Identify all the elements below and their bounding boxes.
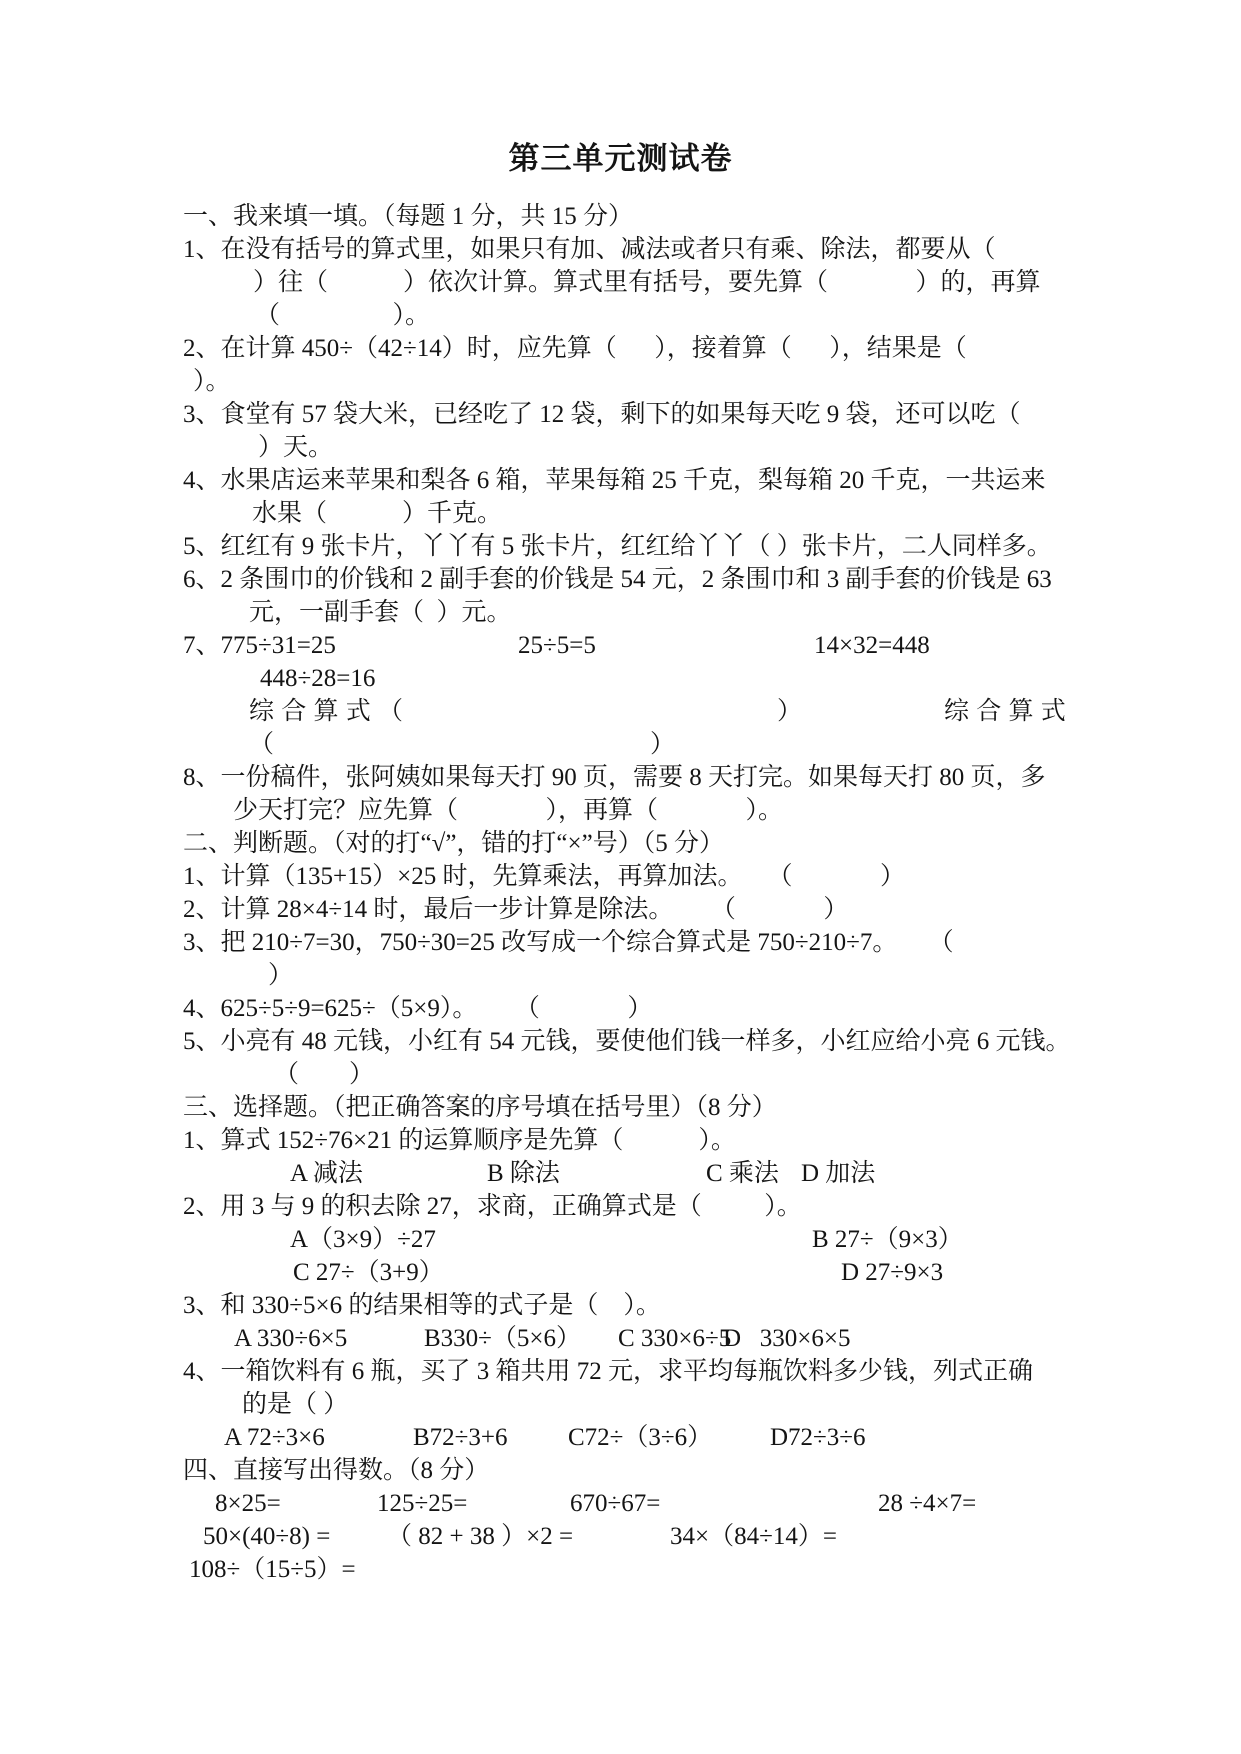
- s4-row3: 108÷（15÷5）=: [183, 1553, 1123, 1586]
- option-b: B 除法: [487, 1157, 560, 1190]
- s1-q3-line2: ）天。: [183, 431, 1123, 464]
- document-body: 一、我来填一填。（每题 1 分，共 15 分） 1、在没有括号的算式里，如果只有…: [0, 200, 1123, 1586]
- option-b: B330÷（5×6）: [424, 1322, 581, 1355]
- composite-expression-label: 综 合 算 式 （: [249, 695, 404, 728]
- s1-q1-line2: ）往（ ）依次计算。算式里有括号，要先算（ ）的，再算: [183, 266, 1123, 299]
- s1-q8-line1: 8、一份稿件，张阿姨如果每天打 90 页，需要 8 天打完。如果每天打 80 页…: [183, 761, 1123, 794]
- s3-q2-options-row1: A（3×9）÷27 B 27÷（9×3）: [183, 1223, 1123, 1256]
- s1-q5: 5、红红有 9 张卡片，丫丫有 5 张卡片，红红给丫丫（ ）张卡片，二人同样多。: [183, 530, 1123, 563]
- close-paren: ）: [650, 728, 675, 761]
- equation-3: 14×32=448: [814, 629, 930, 662]
- s2-q3-line2: ）: [183, 959, 1123, 992]
- expression: 8×25=: [215, 1487, 281, 1520]
- s1-q7-equation-4: 448÷28=16: [183, 662, 1123, 695]
- s1-q6-line2: 元，一副手套（ ）元。: [183, 596, 1123, 629]
- close-paren: ）: [777, 695, 802, 728]
- s1-q7-composite-row2: （ ）: [183, 728, 1123, 761]
- option-d: D 27÷9×3: [841, 1256, 943, 1289]
- s3-q2-options-row2: C 27÷（3+9） D 27÷9×3: [183, 1256, 1123, 1289]
- option-b: B72÷3+6: [413, 1421, 508, 1454]
- s3-q1: 1、算式 152÷76×21 的运算顺序是先算（ ）。: [183, 1124, 1123, 1157]
- option-a: A（3×9）÷27: [290, 1223, 436, 1256]
- expression: 108÷（15÷5）=: [189, 1553, 356, 1586]
- s1-q8-line2: 少天打完？应先算（ ），再算（ ）。: [183, 794, 1123, 827]
- s2-q4: 4、625÷5÷9=625÷（5×9）。 （ ）: [183, 992, 1123, 1025]
- s1-q7-composite-row1: 综 合 算 式 （ ） 综 合 算 式: [183, 695, 1123, 728]
- s1-q2-line1: 2、在计算 450÷（42÷14）时，应先算（ ），接着算（ ），结果是（: [183, 332, 1123, 365]
- page-title: 第三单元测试卷: [0, 0, 1241, 178]
- section3-header: 三、选择题。（把正确答案的序号填在括号里）（8 分）: [183, 1091, 1123, 1124]
- s3-q3-options: A 330÷6×5 B330÷（5×6） C 330×6÷5 D 330×6×5: [183, 1322, 1123, 1355]
- expression: 125÷25=: [377, 1487, 467, 1520]
- option-a: A 减法: [290, 1157, 363, 1190]
- option-a: A 72÷3×6: [224, 1421, 325, 1454]
- s1-q4-line2: 水果（ ）千克。: [183, 497, 1123, 530]
- option-d: D 330×6×5: [723, 1322, 851, 1355]
- s3-q4-line1: 4、一箱饮料有 6 瓶，买了 3 箱共用 72 元，求平均每瓶饮料多少钱，列式正…: [183, 1355, 1123, 1388]
- s1-q1-line3: （ ）。: [183, 299, 1123, 332]
- s1-q6-line1: 6、2 条围巾的价钱和 2 副手套的价钱是 54 元，2 条围巾和 3 副手套的…: [183, 563, 1123, 596]
- option-b: B 27÷（9×3）: [812, 1223, 963, 1256]
- option-d: D 加法: [801, 1157, 875, 1190]
- s1-q3-line1: 3、食堂有 57 袋大米，已经吃了 12 袋，剩下的如果每天吃 9 袋，还可以吃…: [183, 398, 1123, 431]
- s1-q2-line2: ）。: [183, 365, 1123, 398]
- option-c: C 乘法: [706, 1157, 779, 1190]
- s1-q7-equation-row: 7、775÷31=25 25÷5=5 14×32=448: [183, 629, 1123, 662]
- expression: 670÷67=: [570, 1487, 660, 1520]
- s2-q5-line1: 5、小亮有 48 元钱，小红有 54 元钱，要使他们钱一样多，小红应给小亮 6 …: [183, 1025, 1123, 1058]
- equation-2: 25÷5=5: [518, 629, 596, 662]
- s3-q2: 2、用 3 与 9 的积去除 27，求商，正确算式是（ ）。: [183, 1190, 1123, 1223]
- s1-q4-line1: 4、水果店运来苹果和梨各 6 箱，苹果每箱 25 千克，梨每箱 20 千克，一共…: [183, 464, 1123, 497]
- s3-q4-line2: 的是（ ）: [183, 1388, 1123, 1421]
- option-c: C 330×6÷5: [618, 1322, 731, 1355]
- s3-q3: 3、和 330÷5×6 的结果相等的式子是（ ）。: [183, 1289, 1123, 1322]
- option-d: D72÷3÷6: [770, 1421, 866, 1454]
- section1-header: 一、我来填一填。（每题 1 分，共 15 分）: [183, 200, 1123, 233]
- composite-expression-label: 综 合 算 式: [944, 695, 1066, 728]
- document-page: 第三单元测试卷 一、我来填一填。（每题 1 分，共 15 分） 1、在没有括号的…: [0, 0, 1241, 1754]
- option-c: C72÷（3÷6）: [568, 1421, 712, 1454]
- expression: 50×(40÷8) =: [203, 1520, 330, 1553]
- equation-1: 7、775÷31=25: [183, 629, 336, 662]
- expression: 34×（84÷14）=: [670, 1520, 837, 1553]
- s2-q3-line1: 3、把 210÷7=30，750÷30=25 改写成一个综合算式是 750÷21…: [183, 926, 1123, 959]
- open-paren: （: [249, 728, 274, 761]
- expression: 28 ÷4×7=: [878, 1487, 976, 1520]
- section2-header: 二、判断题。（对的打“√”，错的打“×”号）（5 分）: [183, 827, 1123, 860]
- expression: （ 82 + 38 ）×2 =: [387, 1520, 573, 1553]
- section4-header: 四、直接写出得数。（8 分）: [183, 1454, 1123, 1487]
- s3-q1-options: A 减法 B 除法 C 乘法 D 加法: [183, 1157, 1123, 1190]
- s2-q1: 1、计算（135+15）×25 时，先算乘法，再算加法。 （ ）: [183, 860, 1123, 893]
- option-a: A 330÷6×5: [234, 1322, 347, 1355]
- s4-row2: 50×(40÷8) = （ 82 + 38 ）×2 = 34×（84÷14）=: [183, 1520, 1123, 1553]
- option-c: C 27÷（3+9）: [293, 1256, 444, 1289]
- s2-q2: 2、计算 28×4÷14 时，最后一步计算是除法。 （ ）: [183, 893, 1123, 926]
- s3-q4-options: A 72÷3×6 B72÷3+6 C72÷（3÷6） D72÷3÷6: [183, 1421, 1123, 1454]
- s2-q5-line2: （ ）: [183, 1058, 1123, 1091]
- s4-row1: 8×25= 125÷25= 670÷67= 28 ÷4×7=: [183, 1487, 1123, 1520]
- s1-q1-line1: 1、在没有括号的算式里，如果只有加、减法或者只有乘、除法，都要从（: [183, 233, 1123, 266]
